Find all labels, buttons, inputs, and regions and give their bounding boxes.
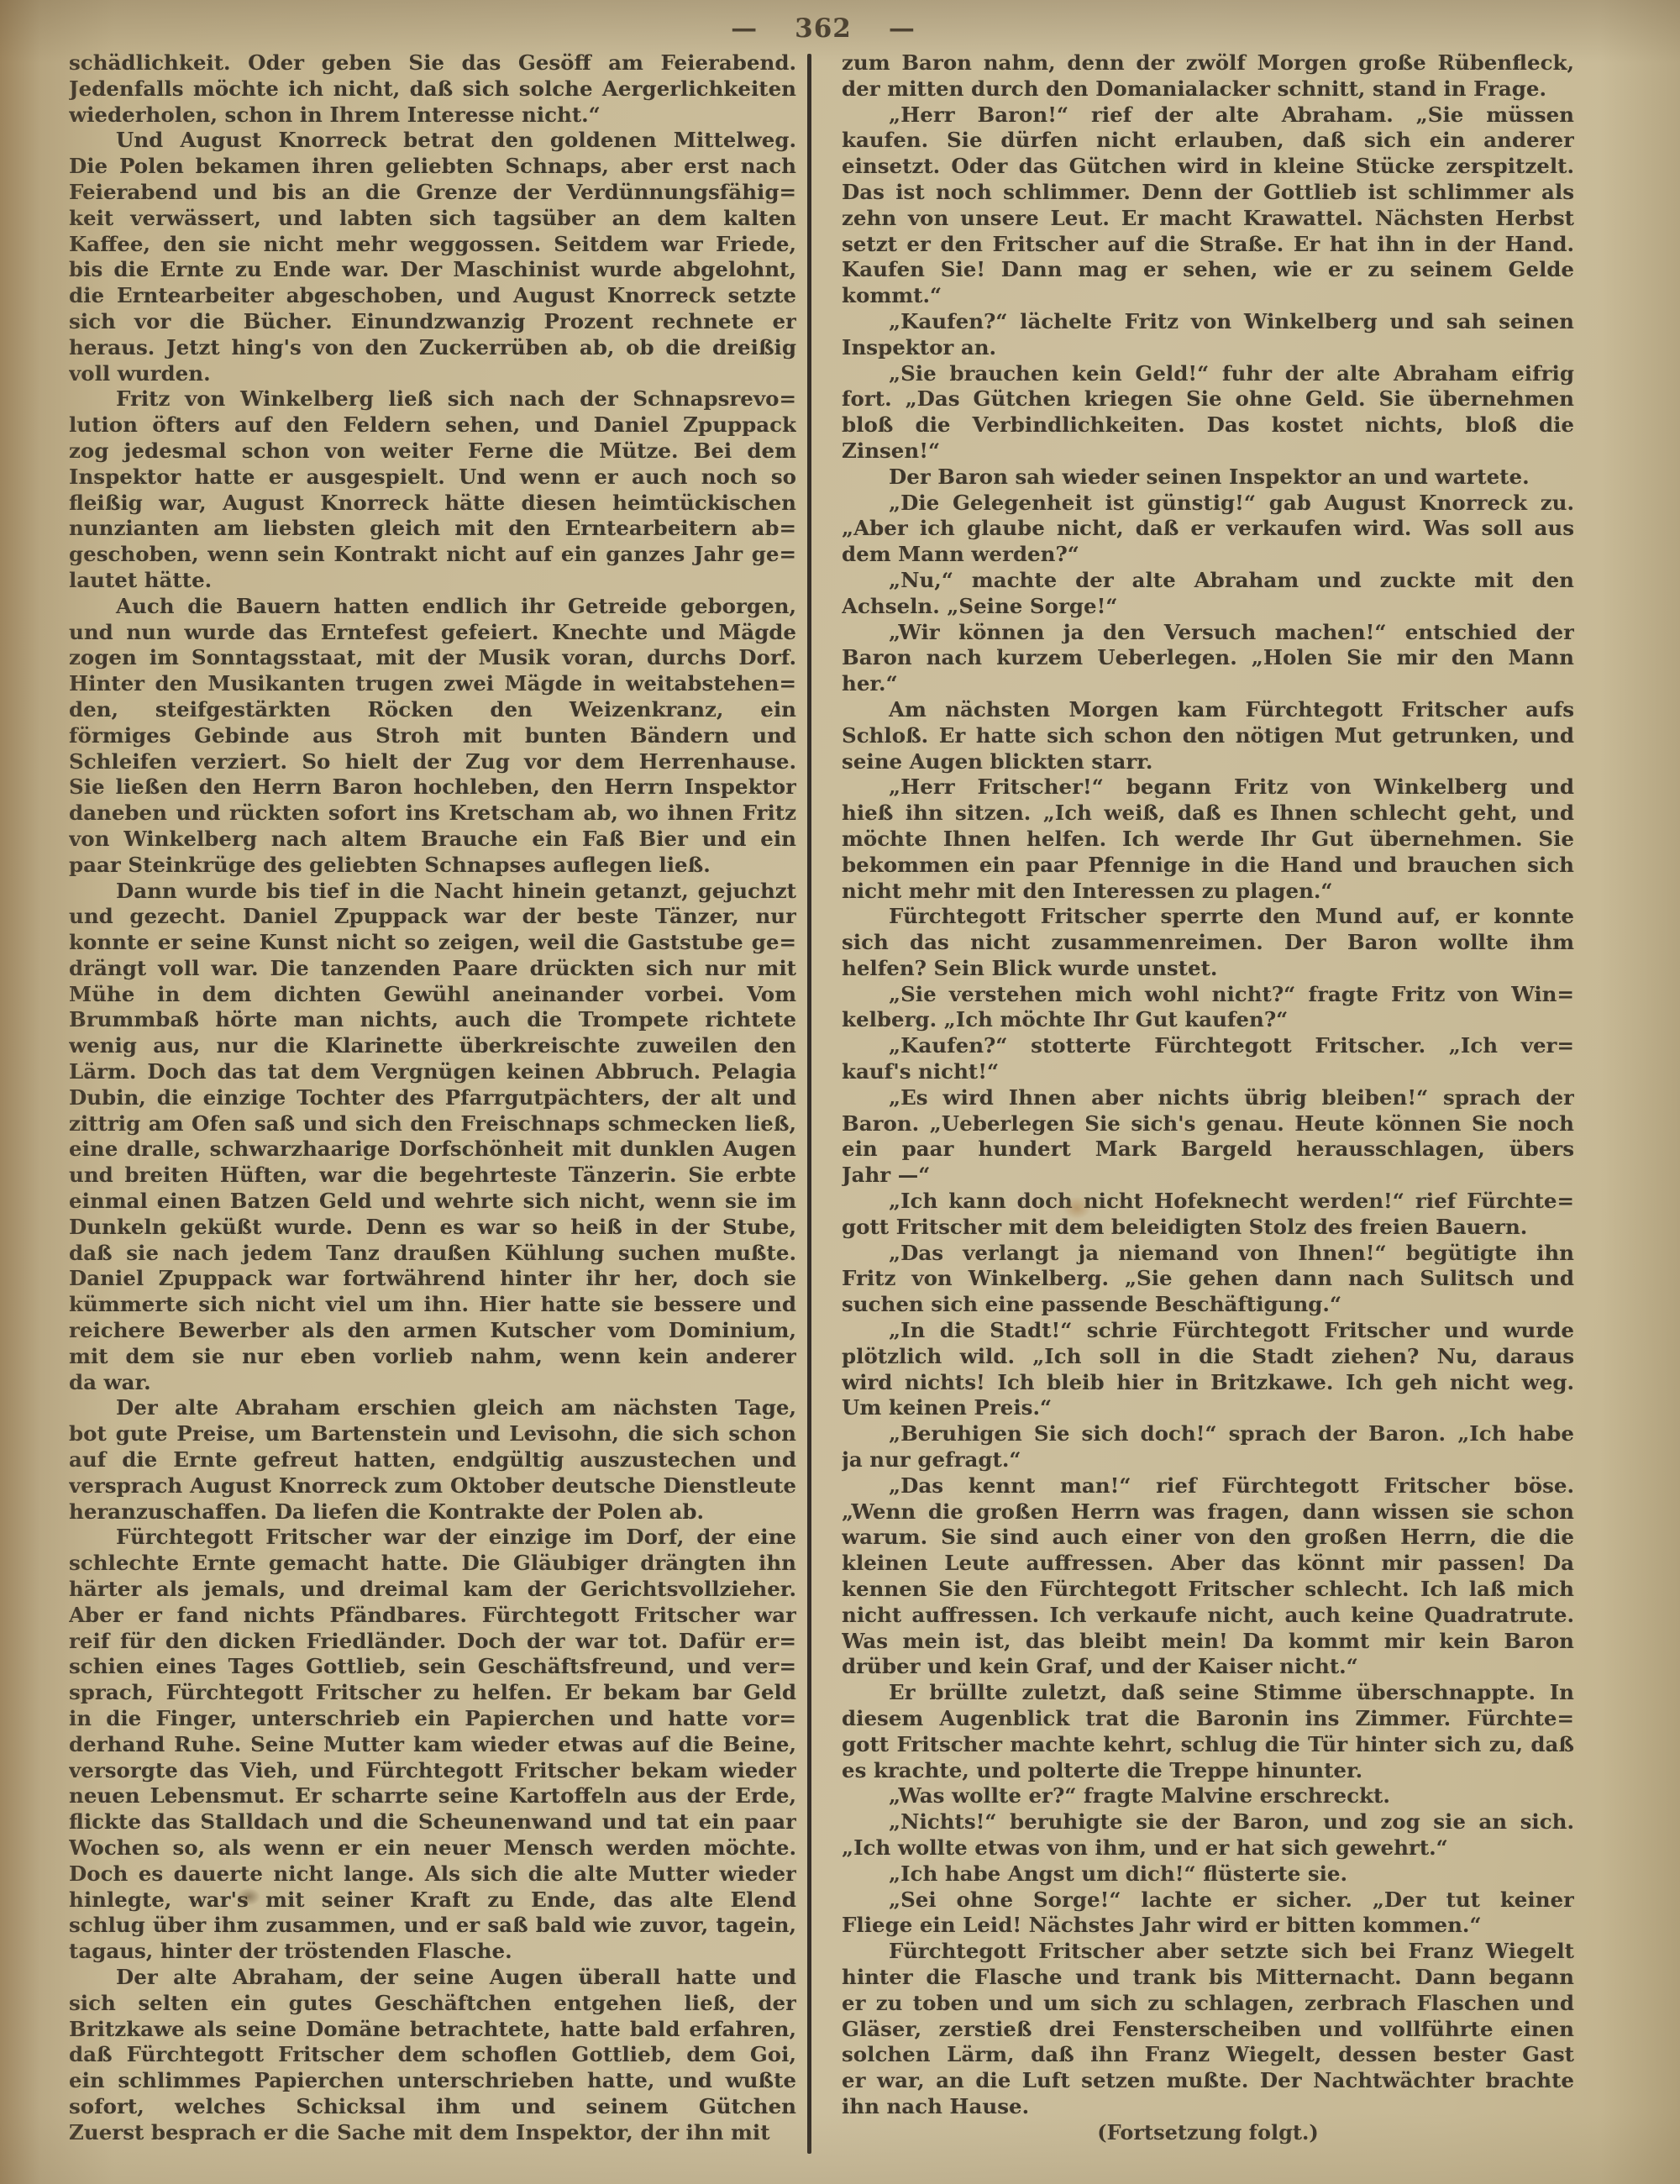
paragraph: Fürchtegott Fritscher sperrte den Mund a…: [842, 904, 1574, 981]
text-line: konnte er seine Kunst nicht so zeigen, w…: [69, 930, 796, 956]
text-line: solchen Lärm, daß ihn Franz Wiegelt, des…: [842, 2042, 1574, 2068]
text-line: und gezecht. Daniel Zpuppack war der bes…: [69, 904, 796, 930]
text-line: Dubin, die einzige Tochter des Pfarrgutp…: [69, 1085, 796, 1111]
text-line: „Kaufen?“ stotterte Fürchtegott Fritsche…: [842, 1033, 1574, 1059]
text-line: Baron nach kurzem Ueberlegen. „Holen Sie…: [842, 645, 1574, 671]
text-line: „Das kennt man!“ rief Fürchtegott Fritsc…: [842, 1473, 1574, 1499]
paragraph: Der alte Abraham erschien gleich am näch…: [69, 1395, 796, 1525]
text-line: und nun wurde das Erntefest gefeiert. Kn…: [69, 620, 796, 646]
text-line: „Wir können ja den Versuch machen!“ ents…: [842, 620, 1574, 646]
text-line: hieß ihn sitzen. „Ich weiß, daß es Ihnen…: [842, 801, 1574, 827]
text-line: schien eines Tages Gottlieb, sein Geschä…: [69, 1654, 796, 1680]
text-line: Zuerst besprach er die Sache mit dem Ins…: [69, 2120, 796, 2146]
text-line: „Kaufen?“ lächelte Fritz von Winkelberg …: [842, 309, 1574, 335]
text-line: Lärm. Doch das tat dem Vergnügen keinen …: [69, 1059, 796, 1085]
text-line: einmal einen Batzen Geld und wehrte sich…: [69, 1189, 796, 1215]
text-line: kümmerte sich nicht viel um ihn. Hier ha…: [69, 1292, 796, 1318]
text-line: suchen sich eine passende Beschäftigung.…: [842, 1292, 1574, 1318]
text-line: dem Mann werden?“: [842, 542, 1574, 568]
text-line: diesem Augenblick trat die Baronin ins Z…: [842, 1706, 1574, 1732]
paragraph: Er brüllte zuletzt, daß seine Stimme übe…: [842, 1680, 1574, 1783]
text-line: härter als jemals, und dreimal kam der G…: [69, 1577, 796, 1603]
text-line: Schleifen verziert. So hielt der Zug vor…: [69, 749, 796, 775]
text-line: Kaffee, den sie nicht mehr weggossen. Se…: [69, 232, 796, 258]
text-line: der mitten durch den Domanialacker schni…: [842, 76, 1574, 102]
paragraph: „Kaufen?“ stotterte Fürchtegott Fritsche…: [842, 1033, 1574, 1085]
text-line: Jedenfalls möchte ich nicht, daß sich so…: [69, 76, 796, 102]
text-line: „Das verlangt ja niemand von Ihnen!“ beg…: [842, 1241, 1574, 1267]
paragraph: „Nu,“ machte der alte Abraham und zuckte…: [842, 568, 1574, 620]
text-line: mit dem sie nur eben vorlieb nahm, wenn …: [69, 1344, 796, 1370]
paragraph: zum Baron nahm, denn der zwölf Morgen gr…: [842, 50, 1574, 102]
text-line: daß Fürchtegott Fritscher dem schoflen G…: [69, 2042, 796, 2068]
text-line: Baron. „Ueberlegen Sie sich's genau. Heu…: [842, 1111, 1574, 1137]
text-line: den, steifgestärkten Röcken den Weizenkr…: [69, 697, 796, 723]
paragraph: Der Baron sah wieder seinen Inspektor an…: [842, 465, 1574, 491]
text-line: lautet hätte.: [69, 568, 796, 594]
text-line: er zu toben und um sich zu schlagen, zer…: [842, 1991, 1574, 2017]
text-line: Wochen so, als wenn er ein neuer Mensch …: [69, 1835, 796, 1861]
text-line: fleißig war, August Knorreck hätte diese…: [69, 491, 796, 517]
paragraph: „Wir können ja den Versuch machen!“ ents…: [842, 620, 1574, 697]
text-line: bloß die Verbindlichkeiten. Das kostet n…: [842, 412, 1574, 438]
text-line: Doch es dauerte nicht lange. Als sich di…: [69, 1861, 796, 1887]
text-line: tagaus, hinter der tröstenden Flasche.: [69, 1939, 796, 1965]
text-line: fort. „Das Gütchen kriegen Sie ohne Geld…: [842, 386, 1574, 412]
text-line: schlug über ihm zusammen, und er saß bal…: [69, 1913, 796, 1939]
paragraph: „Das kennt man!“ rief Fürchtegott Fritsc…: [842, 1473, 1574, 1680]
text-line: kommt.“: [842, 283, 1574, 309]
text-line: „Beruhigen Sie sich doch!“ sprach der Ba…: [842, 1421, 1574, 1447]
paragraph: „Was wollte er?“ fragte Malvine erschrec…: [842, 1783, 1574, 1809]
text-line: „In die Stadt!“ schrie Fürchtegott Frits…: [842, 1318, 1574, 1344]
paragraph: Und August Knorreck betrat den goldenen …: [69, 128, 796, 386]
text-line: Und August Knorreck betrat den goldenen …: [69, 128, 796, 154]
header-dash-right: —: [889, 13, 916, 44]
text-line: einsetzt. Oder das Gütchen wird in klein…: [842, 154, 1574, 180]
paragraph: Auch die Bauern hatten endlich ihr Getre…: [69, 594, 796, 879]
text-line: flickte das Stalldach und die Scheunenwa…: [69, 1809, 796, 1835]
text-line: keit verwässert, und labten sich tagsübe…: [69, 206, 796, 232]
paragraph: Dann wurde bis tief in die Nacht hinein …: [69, 879, 796, 1396]
paragraph: „Ich kann doch nicht Hofeknecht werden!“…: [842, 1189, 1574, 1241]
column-divider: [807, 54, 811, 2154]
text-line: bekommen ein paar Pfennige in die Hand u…: [842, 853, 1574, 879]
paragraph: „Beruhigen Sie sich doch!“ sprach der Ba…: [842, 1421, 1574, 1473]
text-line: kauf's nicht!“: [842, 1059, 1574, 1085]
text-line: kennen Sie den Fürchtegott Fritscher sch…: [842, 1577, 1574, 1603]
text-line: Jahr —“: [842, 1163, 1574, 1189]
text-line: Fliege ein Leid! Nächstes Jahr wird er b…: [842, 1913, 1574, 1939]
text-line: die Erntearbeiter abgeschoben, und Augus…: [69, 283, 796, 309]
text-line: warum. Sie sind auch einer von den große…: [842, 1525, 1574, 1551]
paragraph: „Sie brauchen kein Geld!“ fuhr der alte …: [842, 361, 1574, 465]
text-line: Der alte Abraham erschien gleich am näch…: [69, 1395, 796, 1421]
text-line: Er brüllte zuletzt, daß seine Stimme übe…: [842, 1680, 1574, 1706]
text-line: kleinen Leute auffressen. Aber das könnt…: [842, 1551, 1574, 1577]
text-line: Am nächsten Morgen kam Fürchtegott Frits…: [842, 697, 1574, 723]
text-line: Hinter den Musikanten trugen zwei Mägde …: [69, 671, 796, 697]
text-line: daneben und rückten sofort ins Kretscham…: [69, 801, 796, 827]
text-line: Fürchtegott Fritscher war der einzige im…: [69, 1525, 796, 1551]
paragraph: „Das verlangt ja niemand von Ihnen!“ beg…: [842, 1241, 1574, 1318]
text-line: „Die Gelegenheit ist günstig!“ gab Augus…: [842, 491, 1574, 517]
text-line: drüber und kein Graf, und der Kaiser nic…: [842, 1654, 1574, 1680]
text-line: sprach, Fürchtegott Fritscher zu helfen.…: [69, 1680, 796, 1706]
paragraph: Fürchtegott Fritscher aber setzte sich b…: [842, 1939, 1574, 2120]
text-line: Was mein ist, das bleibt mein! Da kommt …: [842, 1629, 1574, 1655]
paragraph: „In die Stadt!“ schrie Fürchtegott Frits…: [842, 1318, 1574, 1421]
text-line: Mühe in dem dichten Gewühl aneinander vo…: [69, 982, 796, 1008]
text-line: seine Augen blickten starr.: [842, 749, 1574, 775]
text-line: Fritz von Winkelberg. „Sie gehen dann na…: [842, 1266, 1574, 1292]
text-line: ein schlimmes Papierchen unterschrieben …: [69, 2068, 796, 2094]
text-line: „Sie verstehen mich wohl nicht?“ fragte …: [842, 982, 1574, 1008]
text-line: wird nichts! Ich bleib hier in Britzkawe…: [842, 1370, 1574, 1396]
text-line: bis die Ernte zu Ende war. Der Maschinis…: [69, 257, 796, 283]
text-line: paar Steinkrüge des geliebten Schnapses …: [69, 853, 796, 879]
text-line: Um keinen Preis.“: [842, 1395, 1574, 1421]
text-line: nunzianten am liebsten gleich mit den Er…: [69, 516, 796, 542]
text-line: bot gute Preise, um Bartenstein und Levi…: [69, 1421, 796, 1447]
paragraph: „Nichts!“ beruhigte sie der Baron, und z…: [842, 1809, 1574, 1861]
paragraph: „Sei ohne Sorge!“ lachte er sicher. „Der…: [842, 1887, 1574, 1940]
text-line: Gläser, zerstieß drei Fensterscheiben un…: [842, 2017, 1574, 2043]
text-line: Britzkawe als seine Domäne betrachtete, …: [69, 2017, 796, 2043]
page-number: 362: [795, 13, 852, 44]
text-line: sich selten ein gutes Geschäftchen entge…: [69, 1991, 796, 2017]
text-line: Feierabend und bis an die Grenze der Ver…: [69, 180, 796, 206]
text-line: Auch die Bauern hatten endlich ihr Getre…: [69, 594, 796, 620]
text-line: Inspektor an.: [842, 335, 1574, 361]
text-line: Schloß. Er hatte sich schon den nötigen …: [842, 723, 1574, 749]
text-line: versprach August Knorreck zum Oktober de…: [69, 1473, 796, 1499]
text-line: heranzuschaffen. Da liefen die Kontrakte…: [69, 1499, 796, 1525]
text-line: von Winkelberg nach altem Brauche ein Fa…: [69, 827, 796, 853]
text-column-left: schädlichkeit. Oder geben Sie das Gesöff…: [69, 50, 796, 2146]
text-line: ihn nach Hause.: [842, 2094, 1574, 2120]
text-line: helfen? Sein Blick wurde unstet.: [842, 956, 1574, 982]
text-line: „Herr Baron!“ rief der alte Abraham. „Si…: [842, 102, 1574, 129]
text-line: in die Finger, unterschrieb ein Papierch…: [69, 1706, 796, 1732]
text-line: her.“: [842, 671, 1574, 697]
book-page: —362— schädlichkeit. Oder geben Sie das …: [0, 0, 1680, 2184]
text-line: lution öfters auf den Feldern sehen, und…: [69, 412, 796, 438]
text-line: er war, an die Luft setzen mußte. Der Na…: [842, 2068, 1574, 2094]
text-line: „Es wird Ihnen aber nichts übrig bleiben…: [842, 1085, 1574, 1111]
paragraph: „Ich habe Angst um dich!“ flüsterte sie.: [842, 1861, 1574, 1887]
text-line: eine dralle, schwarzhaarige Dorfschönhei…: [69, 1137, 796, 1163]
text-line: kaufen. Sie dürfen nicht erlauben, daß s…: [842, 128, 1574, 154]
text-line: auf die Ernte gefreut hatten, endgültig …: [69, 1447, 796, 1473]
text-line: Fürchtegott Fritscher aber setzte sich b…: [842, 1939, 1574, 1965]
text-line: förmiges Gebinde aus Stroh mit bunten Bä…: [69, 723, 796, 749]
text-line: wenig aus, nur die Klarinette überkreisc…: [69, 1033, 796, 1059]
paragraph: Fürchtegott Fritscher war der einzige im…: [69, 1525, 796, 1965]
text-line: Sie ließen den Herrn Baron hochleben, de…: [69, 774, 796, 801]
text-line: kelberg. „Ich möchte Ihr Gut kaufen?“: [842, 1007, 1574, 1033]
text-line: Fürchtegott Fritscher sperrte den Mund a…: [842, 904, 1574, 930]
text-line: versorgte das Vieh, und Fürchtegott Frit…: [69, 1758, 796, 1784]
text-line: „Was wollte er?“ fragte Malvine erschrec…: [842, 1783, 1574, 1809]
text-line: möchte Ihnen helfen. Ich werde Ihr Gut ü…: [842, 827, 1574, 853]
paragraph: „Herr Fritscher!“ begann Fritz von Winke…: [842, 774, 1574, 904]
text-line: nicht mehr mit den Interessen zu plagen.…: [842, 879, 1574, 905]
text-line: Achseln. „Seine Sorge!“: [842, 594, 1574, 620]
text-line: sofort, welches Schicksal ihm und seinem…: [69, 2094, 796, 2120]
text-line: Aber er fand nichts Pfändbares. Fürchteg…: [69, 1603, 796, 1629]
paragraph: Fritz von Winkelberg ließ sich nach der …: [69, 386, 796, 593]
text-line: und breiten Hüften, war die begehrteste …: [69, 1163, 796, 1189]
text-line: voll wurden.: [69, 361, 796, 387]
paragraph: schädlichkeit. Oder geben Sie das Gesöff…: [69, 50, 796, 128]
text-line: Kaufen Sie! Dann mag er sehen, wie er zu…: [842, 257, 1574, 283]
text-line: Brummbaß hörte man nichts, auch die Trom…: [69, 1007, 796, 1033]
text-line: Dunkeln geküßt wurde. Denn es war so hei…: [69, 1215, 796, 1241]
text-line: derhand Ruhe. Seine Mutter kam wieder et…: [69, 1732, 796, 1758]
text-line: zehn von unsere Leut. Er macht Krawattel…: [842, 206, 1574, 232]
text-line: plötzlich wild. „Ich soll in die Stadt z…: [842, 1344, 1574, 1370]
text-line: ja nur gefragt.“: [842, 1447, 1574, 1473]
paragraph: „Es wird Ihnen aber nichts übrig bleiben…: [842, 1085, 1574, 1189]
text-line: „Sie brauchen kein Geld!“ fuhr der alte …: [842, 361, 1574, 387]
text-line: zogen im Sonntagsstaat, mit der Musik vo…: [69, 645, 796, 671]
text-line: nicht auffressen. Ich verkaufe nicht, au…: [842, 1603, 1574, 1629]
text-line: schlechte Ernte gemacht hatte. Die Gläub…: [69, 1551, 796, 1577]
text-line: Dann wurde bis tief in die Nacht hinein …: [69, 879, 796, 905]
text-line: „Ich wollte etwas von ihm, und er hat si…: [842, 1835, 1574, 1861]
text-line: schädlichkeit. Oder geben Sie das Gesöff…: [69, 50, 796, 76]
text-line: setzt er den Fritscher auf die Straße. E…: [842, 232, 1574, 258]
text-line: „Nu,“ machte der alte Abraham und zuckte…: [842, 568, 1574, 594]
text-line: „Ich kann doch nicht Hofeknecht werden!“…: [842, 1189, 1574, 1215]
text-line: Die Polen bekamen ihren geliebten Schnap…: [69, 154, 796, 180]
text-line: drängt voll war. Die tanzenden Paare drü…: [69, 956, 796, 982]
text-line: neuen Lebensmut. Er scharrte seine Karto…: [69, 1783, 796, 1809]
text-line: Der Baron sah wieder seinen Inspektor an…: [842, 465, 1574, 491]
text-line: sich vor die Bücher. Einundzwanzig Proze…: [69, 309, 796, 335]
text-line: daß sie nach jedem Tanz draußen Kühlung …: [69, 1241, 796, 1267]
text-line: zittrig am Ofen saß und sich den Freisch…: [69, 1111, 796, 1137]
text-line: „Sei ohne Sorge!“ lachte er sicher. „Der…: [842, 1887, 1574, 1914]
text-line: hinlegte, war's mit seiner Kraft zu Ende…: [69, 1887, 796, 1914]
text-line: ein paar hundert Mark Bargeld herausschl…: [842, 1137, 1574, 1163]
text-line: es krachte, und polterte die Treppe hinu…: [842, 1758, 1574, 1784]
text-line: Der alte Abraham, der seine Augen überal…: [69, 1965, 796, 1991]
text-line: reif für den dicken Friedländer. Doch de…: [69, 1629, 796, 1655]
page-header: —362—: [67, 13, 1579, 44]
text-line: reichere Bewerber als den armen Kutscher…: [69, 1318, 796, 1344]
text-line: zum Baron nahm, denn der zwölf Morgen gr…: [842, 50, 1574, 76]
text-line: „Ich habe Angst um dich!“ flüsterte sie.: [842, 1861, 1574, 1887]
text-line: „Wenn die großen Herrn was fragen, dann …: [842, 1499, 1574, 1525]
text-line: Zinsen!“: [842, 438, 1574, 465]
text-line: sich das nicht zusammenreimen. Der Baron…: [842, 930, 1574, 956]
text-line: Daniel Zpuppack war fortwährend hinter i…: [69, 1266, 796, 1292]
text-line: da war.: [69, 1370, 796, 1396]
text-line: heraus. Jetzt hing's von den Zuckerrüben…: [69, 335, 796, 361]
paragraph: Am nächsten Morgen kam Fürchtegott Frits…: [842, 697, 1574, 774]
continuation-note: (Fortsetzung folgt.): [842, 2120, 1574, 2146]
paragraph: „Sie verstehen mich wohl nicht?“ fragte …: [842, 982, 1574, 1034]
header-dash-left: —: [731, 13, 758, 44]
text-line: Fritz von Winkelberg ließ sich nach der …: [69, 386, 796, 412]
text-line: Das ist noch schlimmer. Denn der Gottlie…: [842, 180, 1574, 206]
text-line: geschoben, wenn sein Kontrakt nicht auf …: [69, 542, 796, 568]
text-line: zog jedesmal schon von weiter Ferne die …: [69, 438, 796, 465]
text-line: gott Fritscher machte kehrt, schlug die …: [842, 1732, 1574, 1758]
text-line: „Aber ich glaube nicht, daß er verkaufen…: [842, 516, 1574, 542]
text-column-right: zum Baron nahm, denn der zwölf Morgen gr…: [842, 50, 1574, 2146]
paragraph: Der alte Abraham, der seine Augen überal…: [69, 1965, 796, 2146]
text-line: „Herr Fritscher!“ begann Fritz von Winke…: [842, 774, 1574, 801]
text-line: hinter die Flasche und trank bis Mittern…: [842, 1965, 1574, 1991]
text-line: wiederholen, schon in Ihrem Interesse ni…: [69, 102, 796, 129]
text-line: Inspektor hatte er ausgespielt. Und wenn…: [69, 465, 796, 491]
paragraph: „Die Gelegenheit ist günstig!“ gab Augus…: [842, 491, 1574, 568]
paragraph: „Kaufen?“ lächelte Fritz von Winkelberg …: [842, 309, 1574, 361]
text-line: „Nichts!“ beruhigte sie der Baron, und z…: [842, 1809, 1574, 1835]
text-line: gott Fritscher mit dem beleidigten Stolz…: [842, 1215, 1574, 1241]
paragraph: „Herr Baron!“ rief der alte Abraham. „Si…: [842, 102, 1574, 309]
